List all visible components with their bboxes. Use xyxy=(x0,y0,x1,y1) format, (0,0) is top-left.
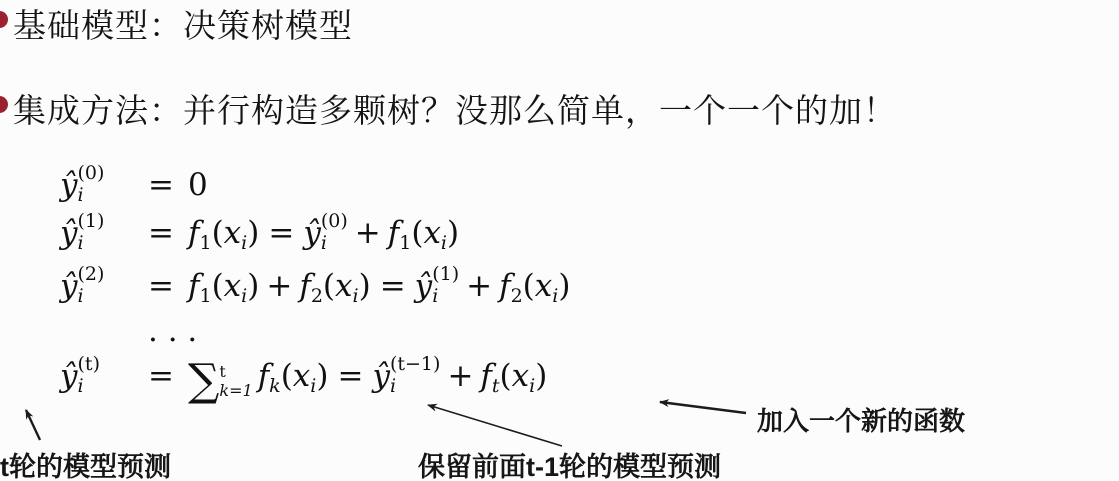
formula-lhs: ŷ(t)i xyxy=(60,349,148,404)
formula-lhs: ŷ(1)i xyxy=(60,207,148,260)
slide: 基础模型：决策树模型 集成方法：并行构造多颗树？没那么简单，一个一个的加！ ŷ(… xyxy=(0,0,1119,481)
annotation-round-t-prediction: t轮的模型预测 xyxy=(0,445,171,481)
arrow-to-yhat-t xyxy=(26,410,40,440)
formula-lhs: ŷ(0)i xyxy=(60,163,148,207)
annotation-add-new-function: 加入一个新的函数 xyxy=(757,401,965,438)
formula-row-3: . . . xyxy=(60,313,570,349)
formula-row-2: ŷ(2)i=f1(xi)+f2(xi)=ŷ(1)i+f2(xi) xyxy=(60,260,570,313)
formula-row-1: ŷ(1)i=f1(xi)=ŷ(0)i+f1(xi) xyxy=(60,207,570,260)
bullet-icon xyxy=(0,11,8,28)
formula-lhs: ŷ(2)i xyxy=(60,260,148,313)
formula-row-4: ŷ(t)i=∑tk=1fk(xi)=ŷ(t−1)i+ft(xi) xyxy=(60,349,570,404)
bullet-icon xyxy=(0,96,8,113)
header-base-model: 基础模型：决策树模型 xyxy=(13,7,353,45)
arrow-to-ft xyxy=(660,402,746,413)
math-derivation: ŷ(0)i=0ŷ(1)i=f1(xi)=ŷ(0)i+f1(xi)ŷ(2)i=f1… xyxy=(60,163,570,404)
formula-row-0: ŷ(0)i=0 xyxy=(60,163,570,207)
annotation-keep-t-minus-1-prediction: 保留前面t-1轮的模型预测 xyxy=(418,445,721,481)
arrow-to-yhat-t-minus-1 xyxy=(428,405,562,446)
header-ensemble-method: 集成方法：并行构造多颗树？没那么简单，一个一个的加！ xyxy=(13,92,897,130)
